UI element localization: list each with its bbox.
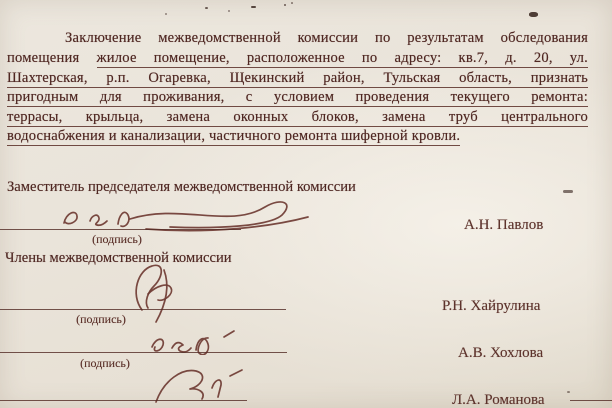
paper-stain — [228, 10, 230, 12]
underlined-text: Шахтерская, р.п. Огаревка, Щекинский рай… — [7, 70, 588, 88]
underlined-text: водоснабжения и канализации, частичного … — [7, 128, 460, 146]
signature-line — [0, 229, 241, 230]
document-page: Заключение межведомственной комиссии по … — [0, 0, 612, 408]
paper-stain — [567, 391, 570, 393]
signature-line — [570, 400, 612, 401]
signer-name: Л.А. Романова — [452, 392, 545, 408]
signature-caption: (подпись) — [62, 232, 172, 247]
underlined-text: террасы, крыльца, замена оконных блоков,… — [7, 109, 588, 127]
paper-stain — [205, 7, 208, 9]
paper-stain — [529, 12, 538, 17]
signature-scribble — [144, 325, 244, 355]
paper-stain — [563, 190, 573, 193]
paragraph-line: пригодным для проживания, с условием про… — [7, 87, 588, 107]
paper-stain — [284, 4, 286, 6]
paper-stain — [165, 13, 167, 15]
paper-stain — [251, 6, 256, 8]
signature-line — [0, 309, 286, 310]
paragraph-line: помещения жилое помещение, расположенное… — [7, 48, 588, 68]
paragraph-line: водоснабжения и канализации, частичного … — [7, 126, 588, 146]
signer-name: А.В. Хохлова — [458, 345, 543, 362]
paragraph-line: Заключение межведомственной комиссии по … — [7, 28, 588, 48]
signature-line — [0, 400, 247, 401]
paragraph-line: Шахтерская, р.п. Огаревка, Щекинский рай… — [7, 68, 588, 88]
underlined-text: жилое помещение, расположенное по адресу… — [97, 50, 588, 68]
paragraph-line: террасы, крыльца, замена оконных блоков,… — [7, 107, 588, 127]
signature-line — [0, 352, 287, 353]
paragraph-text: Заключение межведомственной комиссии по … — [65, 30, 588, 46]
signer-name: Р.Н. Хайрулина — [442, 298, 540, 315]
paragraph-text: помещения — [7, 50, 79, 66]
signature-scribble — [138, 366, 253, 404]
signature-scribble — [50, 193, 330, 237]
paper-stain — [291, 2, 293, 4]
signature-caption: (подпись) — [46, 312, 156, 327]
signer-name: А.Н. Павлов — [464, 217, 543, 234]
underlined-text: пригодным для проживания, с условием про… — [7, 89, 588, 107]
